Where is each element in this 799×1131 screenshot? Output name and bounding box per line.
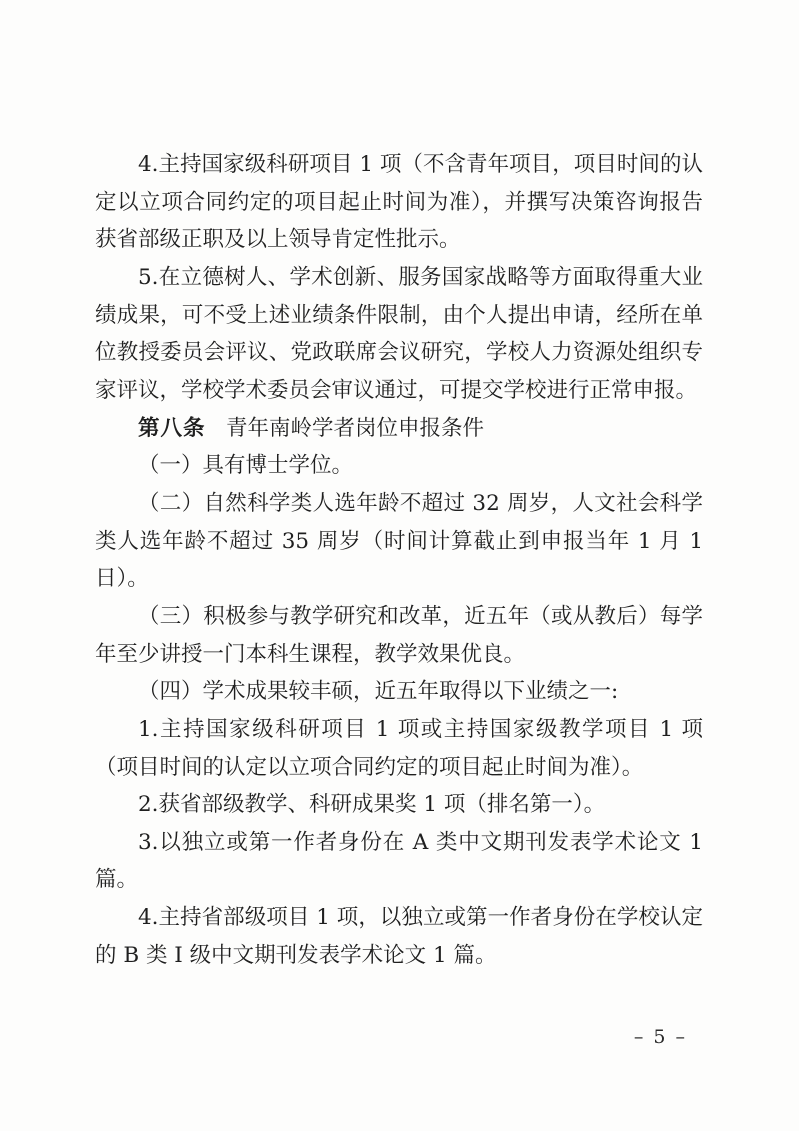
clause-5-special-application: 5.在立德树人、学术创新、服务国家战略等方面取得重大业绩成果，可不受上述业绩条件… [95, 259, 703, 410]
page-number: – 5 – [634, 1024, 687, 1050]
achievement-2-provincial-award: 2.获省部级教学、科研成果奖 1 项（排名第一）。 [95, 786, 703, 824]
condition-4-achievements: （四）学术成果较丰硕，近五年取得以下业绩之一: [95, 673, 703, 711]
article-title: 青年南岭学者岗位申报条件 [226, 416, 484, 441]
clause-4-national-project: 4.主持国家级科研项目 1 项（不含青年项目，项目时间的认定以立项合同约定的项目… [95, 146, 703, 259]
achievement-1-national-project: 1.主持国家级科研项目 1 项或主持国家级教学项目 1 项（项目时间的认定以立项… [95, 711, 703, 786]
condition-2-age-limit: （二）自然科学类人选年龄不超过 32 周岁，人文社会科学类人选年龄不超过 35 … [95, 485, 703, 598]
condition-3-teaching: （三）积极参与教学研究和改革，近五年（或从教后）每学年至少讲授一门本科生课程，教… [95, 598, 703, 673]
document-page: 4.主持国家级科研项目 1 项（不含青年项目，项目时间的认定以立项合同约定的项目… [0, 0, 799, 1131]
achievement-3-class-a-paper: 3.以独立或第一作者身份在 A 类中文期刊发表学术论文 1 篇。 [95, 824, 703, 899]
achievement-4-provincial-project: 4.主持省部级项目 1 项，以独立或第一作者身份在学校认定的 B 类 I 级中文… [95, 899, 703, 974]
article-number: 第八条 [138, 416, 206, 441]
document-body: 4.主持国家级科研项目 1 项（不含青年项目，项目时间的认定以立项合同约定的项目… [95, 146, 703, 974]
article-8-heading: 第八条青年南岭学者岗位申报条件 [95, 410, 703, 448]
condition-1-doctorate: （一）具有博士学位。 [95, 447, 703, 485]
